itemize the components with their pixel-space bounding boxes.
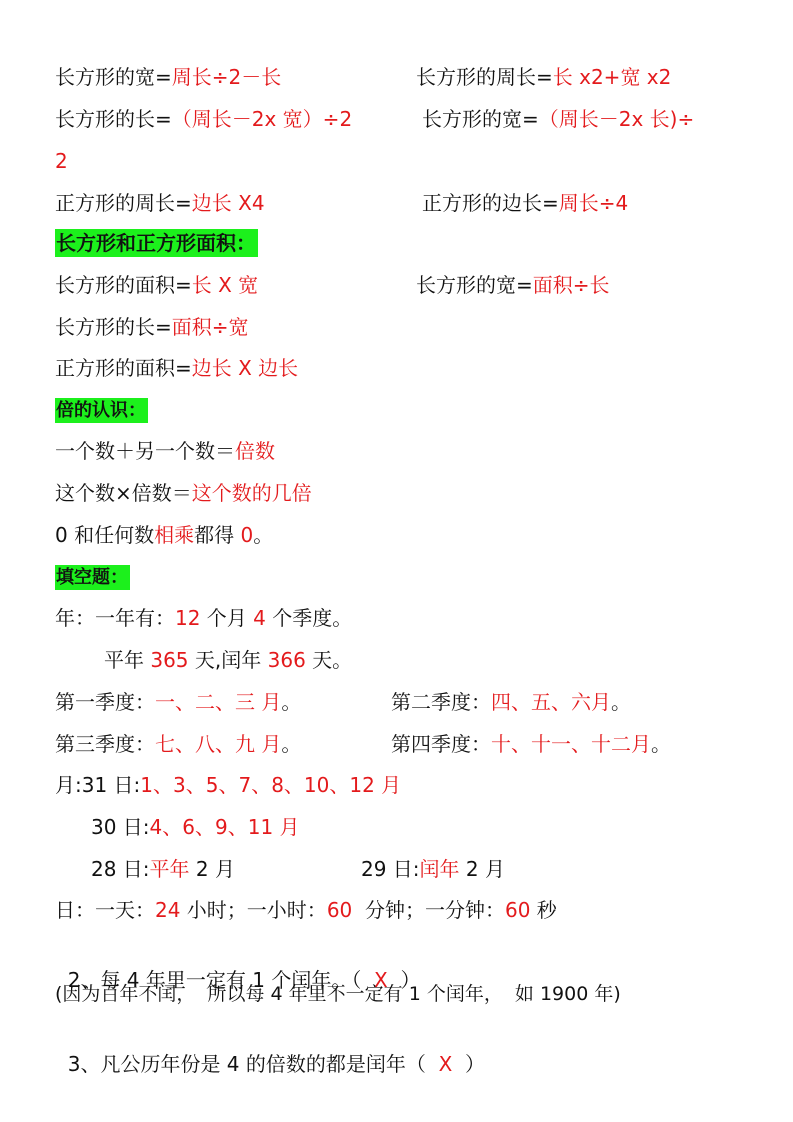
text: 天。 xyxy=(306,648,352,672)
text: 29 日: xyxy=(361,857,420,881)
feb-28-days: 28 日:平年 2 月 xyxy=(91,855,235,883)
months-30-days: 30 日:4、6、9、11 月 xyxy=(91,813,300,841)
text: 天,闰年 xyxy=(189,648,268,672)
formula-label: 长方形的周长= xyxy=(416,65,553,89)
formula-answer: 长 X 宽 xyxy=(192,273,258,297)
formula-answer: 周长÷4 xyxy=(559,191,628,215)
answer: 相乘 xyxy=(154,523,194,547)
formula-rect-area: 长方形的面积=长 X 宽 xyxy=(55,271,258,299)
note-line: (因为百年不闰， 所以每 4 年里不一定有 1 个闰年， 如 1900 年) xyxy=(55,980,621,1008)
year-line: 年：一年有：12 个月 4 个季度。 xyxy=(55,604,352,632)
text: 小时；一小时： xyxy=(180,898,326,922)
quarter-2: 第二季度：四、五、六月。 xyxy=(391,688,631,716)
text: 都得 xyxy=(194,523,240,547)
formula-answer: （周长－2x 宽）÷2 xyxy=(172,107,352,131)
formula-rect-width-perimeter-2: 长方形的宽=（周长－2x 长)÷ xyxy=(422,105,694,133)
text: 2 月 xyxy=(190,857,235,881)
formula-answer: 边长 X 边长 xyxy=(192,356,298,380)
formula-label: 长方形的宽= xyxy=(416,273,533,297)
formula-answer: 长 x2+宽 x2 xyxy=(553,65,672,89)
answer: 十、十一、十二月 xyxy=(491,732,651,756)
formula-label: 长方形的宽= xyxy=(55,65,172,89)
text: 。 xyxy=(281,732,301,756)
formula-square-side: 正方形的边长=周长÷4 xyxy=(422,189,628,217)
feb-29-days: 29 日:闰年 2 月 xyxy=(361,855,505,883)
multiple-line-3: 0 和任何数相乘都得 0。 xyxy=(55,521,273,549)
multiple-line-2: 这个数×倍数＝这个数的几倍 xyxy=(55,479,312,507)
formula-answer: （周长－2x 长)÷ xyxy=(539,107,694,131)
text: 。 xyxy=(253,523,273,547)
formula-rect-length-perimeter: 长方形的长=（周长－2x 宽）÷2 xyxy=(55,105,352,133)
text: 第一季度： xyxy=(55,690,155,714)
text: 平年 xyxy=(104,648,150,672)
answer: 0 xyxy=(240,523,253,547)
text: 分钟；一分钟： xyxy=(352,898,505,922)
true-false-item-3: 3、凡公历年份是 4 的倍数的都是闰年（ X ） xyxy=(55,1022,485,1078)
text: 。 xyxy=(611,690,631,714)
months-31-days: 月:31 日:1、3、5、7、8、10、12 月 xyxy=(55,771,401,799)
formula-answer-wrap: 2 xyxy=(55,147,68,175)
text: 第二季度： xyxy=(391,690,491,714)
section-heading-fill-blank: 填空题： xyxy=(55,562,130,592)
text: 第三季度： xyxy=(55,732,155,756)
text: 第四季度： xyxy=(391,732,491,756)
answer: 366 xyxy=(268,648,306,672)
multiple-line-1: 一个数＋另一个数＝倍数 xyxy=(55,437,275,465)
formula-label: 长方形的长= xyxy=(55,107,172,131)
answer: 4、6、9、11 月 xyxy=(150,815,300,839)
text: 秒 xyxy=(530,898,556,922)
formula-answer: 面积÷长 xyxy=(533,273,610,297)
answer: 一、二、三 月 xyxy=(155,690,281,714)
quarter-3: 第三季度：七、八、九 月。 xyxy=(55,730,301,758)
answer: 七、八、九 月 xyxy=(155,732,281,756)
days-line: 平年 365 天,闰年 366 天。 xyxy=(104,646,352,674)
text: 月:31 日: xyxy=(55,773,140,797)
formula-answer: 倍数 xyxy=(235,439,275,463)
section-heading-multiple: 倍的认识： xyxy=(55,395,148,425)
formula-rect-length-area: 长方形的长=面积÷宽 xyxy=(55,313,249,341)
text: ） xyxy=(452,1052,485,1076)
answer-mark: X xyxy=(439,1052,453,1076)
quarter-1: 第一季度：一、二、三 月。 xyxy=(55,688,301,716)
text: 。 xyxy=(651,732,671,756)
formula-label: 一个数＋另一个数＝ xyxy=(55,439,235,463)
answer: 60 xyxy=(505,898,530,922)
text: 日：一天： xyxy=(55,898,155,922)
answer: 24 xyxy=(155,898,180,922)
formula-rect-width-area: 长方形的宽=面积÷长 xyxy=(416,271,610,299)
text: 0 和任何数 xyxy=(55,523,154,547)
text: 个月 xyxy=(200,606,253,630)
answer: 1、3、5、7、8、10、12 月 xyxy=(140,773,401,797)
formula-label: 长方形的宽= xyxy=(422,107,539,131)
answer: 平年 xyxy=(150,857,190,881)
answer: 12 xyxy=(175,606,200,630)
text: 28 日: xyxy=(91,857,150,881)
section-heading-area: 长方形和正方形面积： xyxy=(55,229,258,257)
highlighted-heading: 倍的认识： xyxy=(55,398,148,423)
answer: 四、五、六月 xyxy=(491,690,611,714)
text: 2 月 xyxy=(460,857,505,881)
text: 。 xyxy=(281,690,301,714)
formula-answer: 这个数的几倍 xyxy=(192,481,312,505)
answer: 365 xyxy=(150,648,188,672)
answer: 闰年 xyxy=(420,857,460,881)
formula-answer: 边长 X4 xyxy=(192,191,265,215)
text: 年：一年有： xyxy=(55,606,175,630)
formula-label: 正方形的边长= xyxy=(422,191,559,215)
quarter-4: 第四季度：十、十一、十二月。 xyxy=(391,730,671,758)
formula-answer: 周长÷2－长 xyxy=(172,65,281,89)
formula-answer: 面积÷宽 xyxy=(172,315,249,339)
formula-label: 这个数×倍数＝ xyxy=(55,481,192,505)
text: 30 日: xyxy=(91,815,150,839)
formula-rect-perimeter: 长方形的周长=长 x2+宽 x2 xyxy=(416,63,671,91)
formula-square-perimeter: 正方形的周长=边长 X4 xyxy=(55,189,265,217)
formula-label: 正方形的面积= xyxy=(55,356,192,380)
highlighted-heading: 长方形和正方形面积： xyxy=(55,229,258,257)
formula-label: 长方形的面积= xyxy=(55,273,192,297)
day-units-line: 日：一天：24 小时；一小时：60 分钟；一分钟：60 秒 xyxy=(55,896,557,924)
answer: 4 xyxy=(253,606,266,630)
formula-label: 正方形的周长= xyxy=(55,191,192,215)
text: 3、凡公历年份是 4 的倍数的都是闰年（ xyxy=(68,1052,439,1076)
text: 个季度。 xyxy=(266,606,352,630)
highlighted-heading: 填空题： xyxy=(55,565,130,590)
formula-rect-width-perimeter: 长方形的宽=周长÷2－长 xyxy=(55,63,281,91)
answer: 60 xyxy=(327,898,352,922)
formula-label: 长方形的长= xyxy=(55,315,172,339)
formula-square-area: 正方形的面积=边长 X 边长 xyxy=(55,354,298,382)
